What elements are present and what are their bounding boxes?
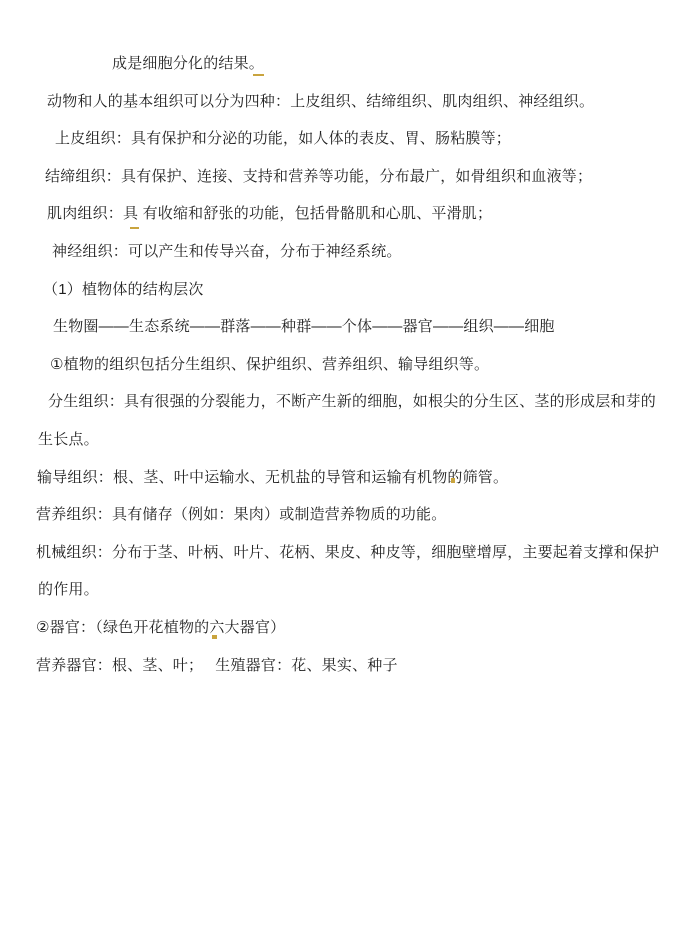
proofing-mark: [212, 635, 217, 639]
document-line: 肌肉组织：具 有收缩和舒张的功能，包括骨骼肌和心肌、平滑肌；: [36, 195, 653, 233]
document-line: 结缔组织：具有保护、连接、支持和营养等功能，分布最广，如骨组织和血液等；: [36, 158, 653, 196]
document-line: 生物圈——生态系统——群落——种群——个体——器官——组织——细胞: [36, 308, 653, 346]
document-line: （1）植物体的结构层次: [36, 271, 653, 309]
proofing-mark: [253, 74, 264, 76]
proofing-mark: [130, 227, 139, 229]
document-line: 成是细胞分化的结果。: [36, 45, 653, 83]
document-line: 机械组织：分布于茎、叶柄、叶片、花柄、果皮、种皮等，细胞壁增厚，主要起着支撑和保…: [36, 534, 653, 572]
document-line: 神经组织：可以产生和传导兴奋，分布于神经系统。: [36, 233, 653, 271]
document-line: 动物和人的基本组织可以分为四种：上皮组织、结缔组织、肌肉组织、神经组织。: [36, 83, 653, 121]
document-line: ②器官：（绿色开花植物的六大器官）: [36, 609, 653, 647]
document-line: 输导组织：根、茎、叶中运输水、无机盐的导管和运输有机物的筛管。: [36, 459, 653, 497]
document-page: 成是细胞分化的结果。 动物和人的基本组织可以分为四种：上皮组织、结缔组织、肌肉组…: [0, 0, 681, 927]
document-line: 营养组织：具有储存（例如：果肉）或制造营养物质的功能。: [36, 496, 653, 534]
document-line: 营养器官：根、茎、叶； 生殖器官：花、果实、种子: [36, 647, 653, 685]
document-line: 分生组织：具有很强的分裂能力，不断产生新的细胞，如根尖的分生区、茎的形成层和芽的: [36, 383, 653, 421]
document-line: 上皮组织：具有保护和分泌的功能，如人体的表皮、胃、肠粘膜等；: [36, 120, 653, 158]
document-line: ①植物的组织包括分生组织、保护组织、营养组织、输导组织等。: [36, 346, 653, 384]
document-line: 的作用。: [36, 571, 653, 609]
proofing-mark: [451, 478, 455, 483]
document-line: 生长点。: [36, 421, 653, 459]
